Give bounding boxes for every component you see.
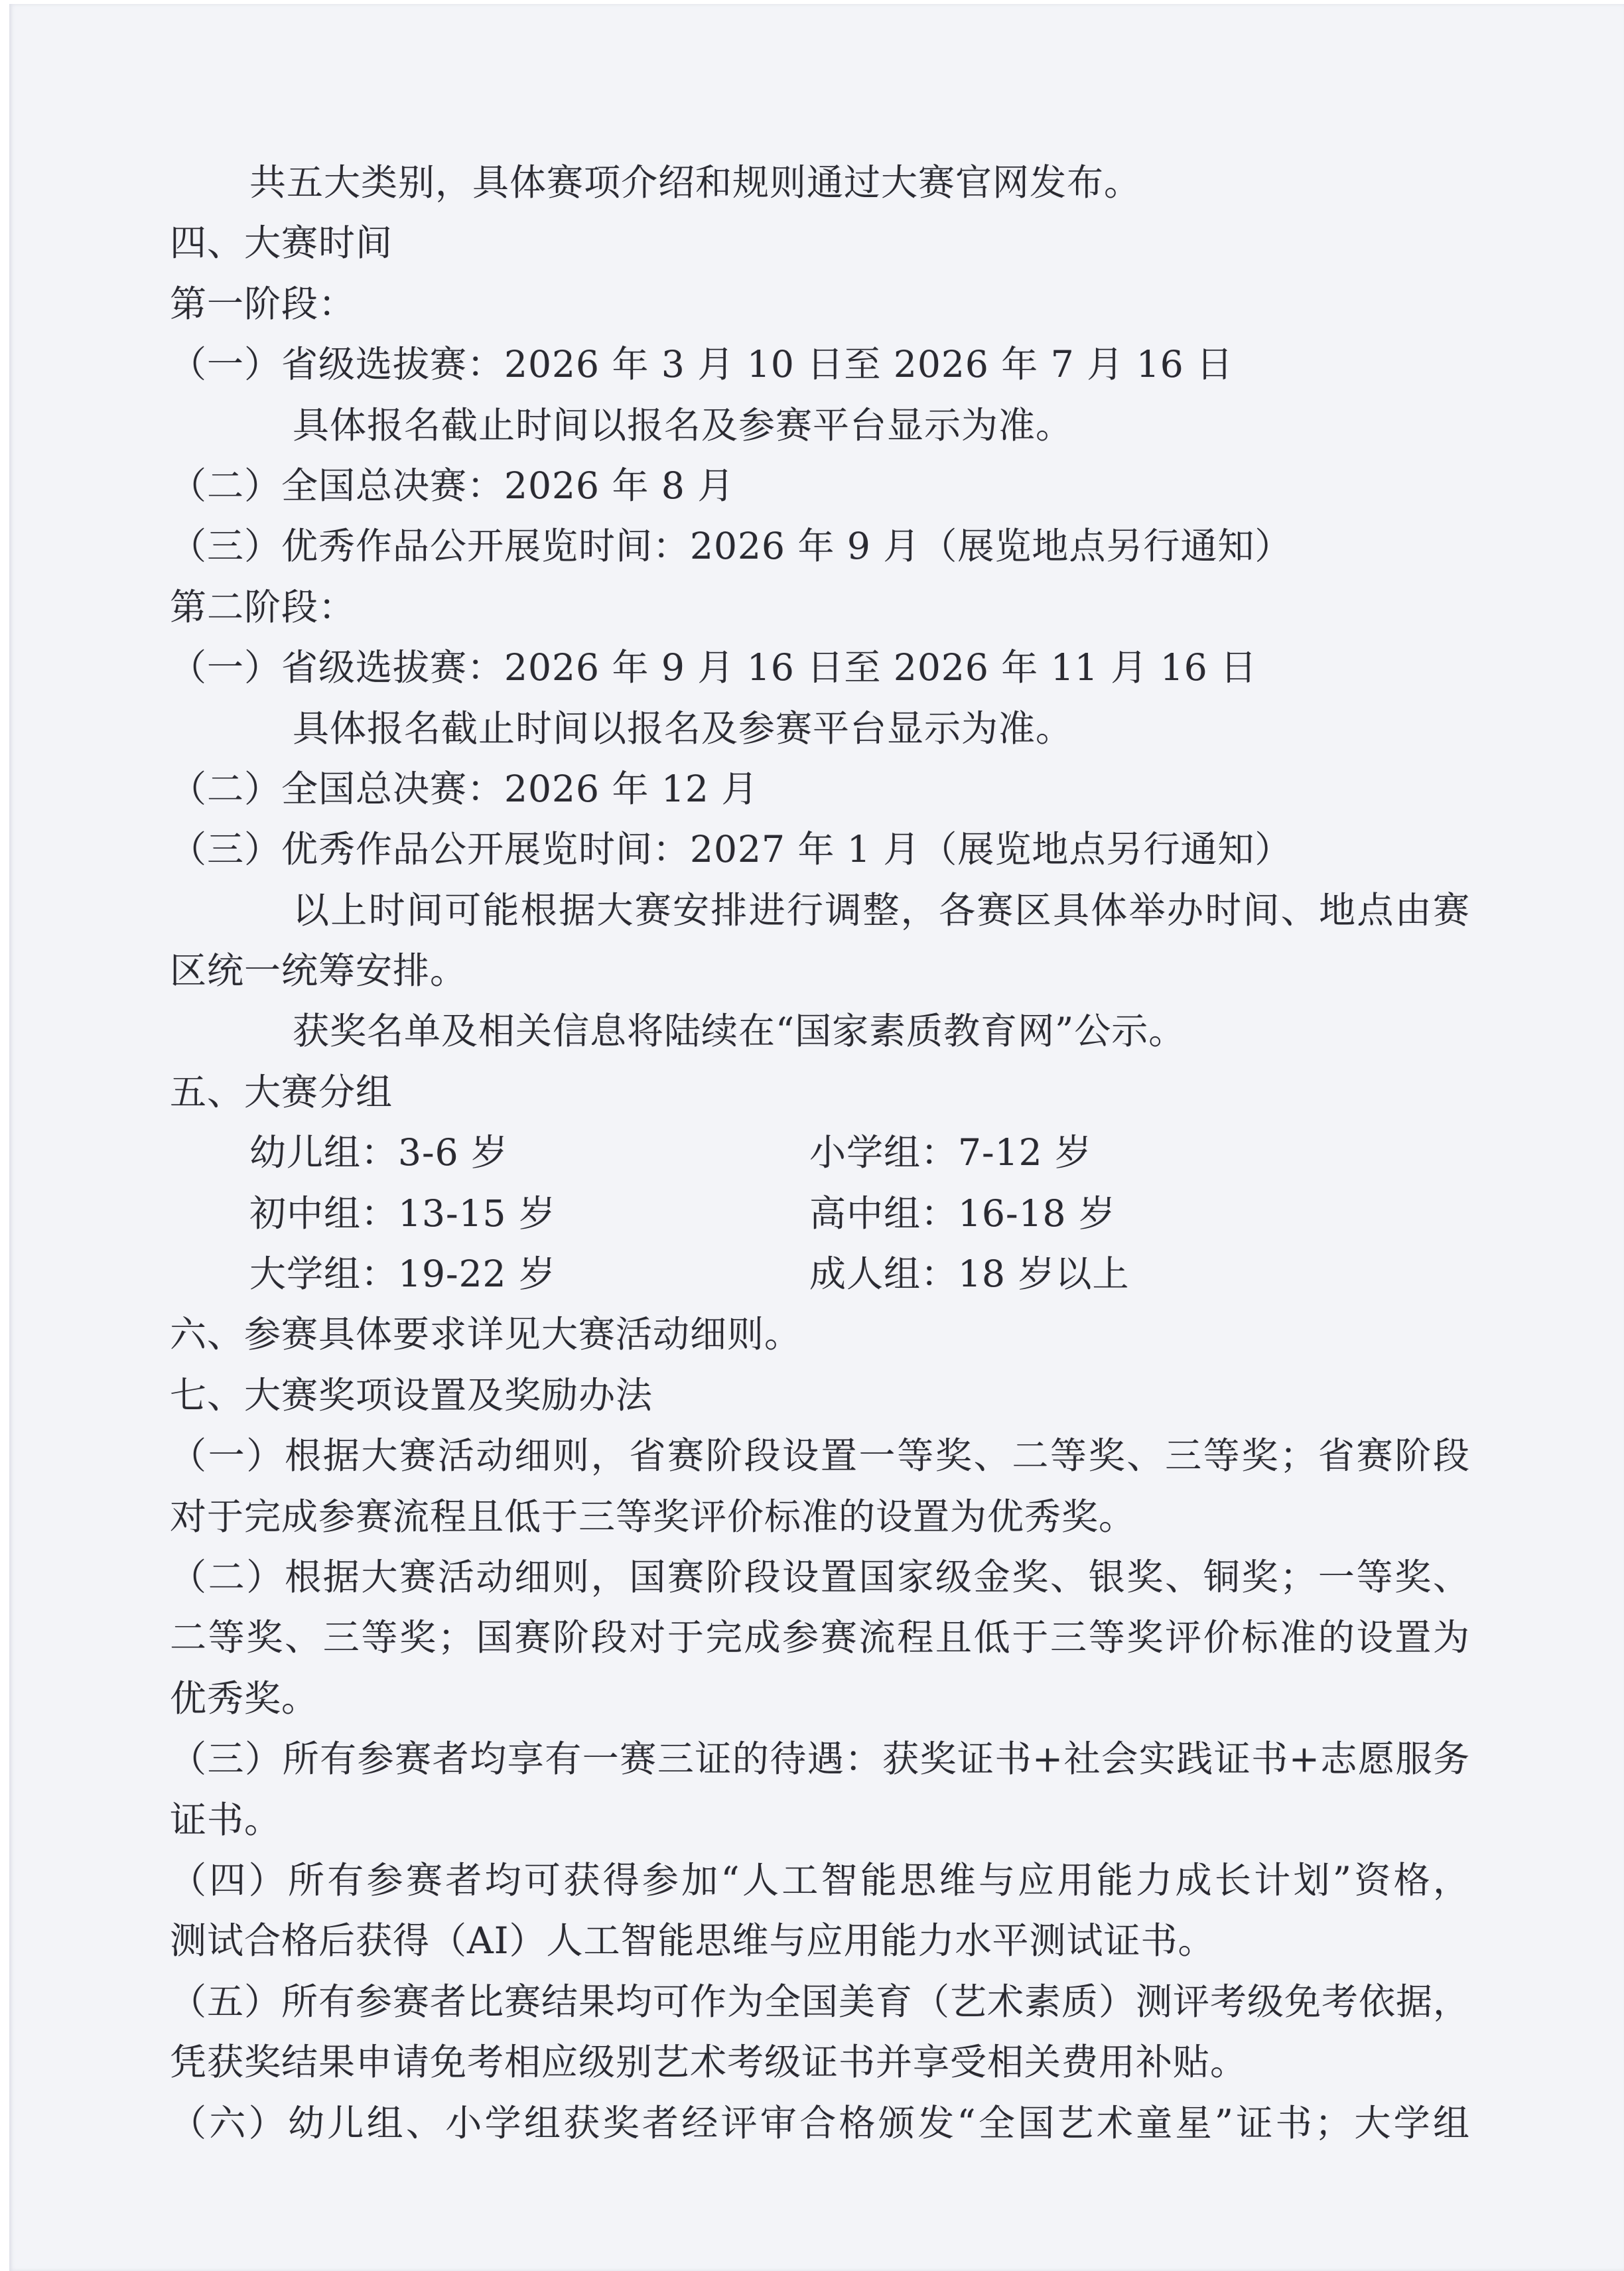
text-line: 具体报名截止时间以报名及参赛平台显示为准。 [0, 395, 1470, 456]
group-col-right: 高中组：16-18 岁 [809, 1184, 1116, 1244]
text-line: （三）优秀作品公开展览时间：2026 年 9 月（展览地点另行通知） [0, 516, 1470, 577]
text-line: 七、大赛奖项设置及奖励办法 [0, 1365, 1470, 1426]
text-line: （三）所有参赛者均享有一赛三证的待遇：获奖证书+社会实践证书+志愿服务 [0, 1729, 1470, 1789]
text-line: （二）全国总决赛：2026 年 8 月 [0, 456, 1470, 516]
text-line: 测试合格后获得（AI）人工智能思维与应用能力水平测试证书。 [0, 1911, 1470, 1971]
text-line: （二）根据大赛活动细则，国赛阶段设置国家级金奖、银奖、铜奖；一等奖、 [0, 1547, 1470, 1608]
group-row: 大学组：19-22 岁成人组：18 岁以上 [0, 1244, 1470, 1304]
group-row: 初中组：13-15 岁高中组：16-18 岁 [0, 1184, 1470, 1244]
text-line: 优秀奖。 [0, 1669, 1470, 1729]
text-line: 第一阶段： [0, 274, 1470, 334]
text-line: 获奖名单及相关信息将陆续在“国家素质教育网”公示。 [0, 1001, 1470, 1062]
text-line: 以上时间可能根据大赛安排进行调整，各赛区具体举办时间、地点由赛 [0, 880, 1470, 941]
group-col-right: 小学组：7-12 岁 [809, 1123, 1092, 1183]
group-col-left: 初中组：13-15 岁 [249, 1192, 556, 1235]
text-line: 证书。 [0, 1790, 1470, 1850]
document-content: 共五大类别，具体赛项介绍和规则通过大赛官网发布。四、大赛时间第一阶段：（一）省级… [0, 153, 1624, 2154]
text-line: （一）根据大赛活动细则，省赛阶段设置一等奖、二等奖、三等奖；省赛阶段 [0, 1426, 1470, 1486]
text-line: 凭获奖结果申请免考相应级别艺术考级证书并享受相关费用补贴。 [0, 2032, 1470, 2093]
document-page: 共五大类别，具体赛项介绍和规则通过大赛官网发布。四、大赛时间第一阶段：（一）省级… [0, 0, 1624, 2271]
text-line: （三）优秀作品公开展览时间：2027 年 1 月（展览地点另行通知） [0, 819, 1470, 880]
group-col-left: 幼儿组：3-6 岁 [249, 1131, 508, 1174]
group-col-right: 成人组：18 岁以上 [809, 1244, 1129, 1304]
text-line: （一）省级选拔赛：2026 年 9 月 16 日至 2026 年 11 月 16… [0, 638, 1470, 698]
text-line: 共五大类别，具体赛项介绍和规则通过大赛官网发布。 [0, 153, 1470, 213]
text-line: 四、大赛时间 [0, 213, 1470, 273]
text-line: 二等奖、三等奖；国赛阶段对于完成参赛流程且低于三等奖评价标准的设置为 [0, 1608, 1470, 1668]
text-line: （六）幼儿组、小学组获奖者经评审合格颁发“全国艺术童星”证书；大学组 [0, 2093, 1470, 2154]
text-line: （四）所有参赛者均可获得参加“人工智能思维与应用能力成长计划”资格， [0, 1850, 1470, 1911]
group-row: 幼儿组：3-6 岁小学组：7-12 岁 [0, 1123, 1470, 1183]
text-line: 区统一统筹安排。 [0, 941, 1470, 1001]
group-col-left: 大学组：19-22 岁 [249, 1253, 556, 1295]
text-line: 第二阶段： [0, 577, 1470, 638]
text-line: 对于完成参赛流程且低于三等奖评价标准的设置为优秀奖。 [0, 1487, 1470, 1547]
text-line: （五）所有参赛者比赛结果均可作为全国美育（艺术素质）测评考级免考依据， [0, 1972, 1470, 2032]
text-line: 六、参赛具体要求详见大赛活动细则。 [0, 1304, 1470, 1365]
text-line: （二）全国总决赛：2026 年 12 月 [0, 759, 1470, 819]
text-line: （一）省级选拔赛：2026 年 3 月 10 日至 2026 年 7 月 16 … [0, 334, 1470, 395]
text-line: 具体报名截止时间以报名及参赛平台显示为准。 [0, 699, 1470, 759]
text-line: 五、大赛分组 [0, 1062, 1470, 1123]
